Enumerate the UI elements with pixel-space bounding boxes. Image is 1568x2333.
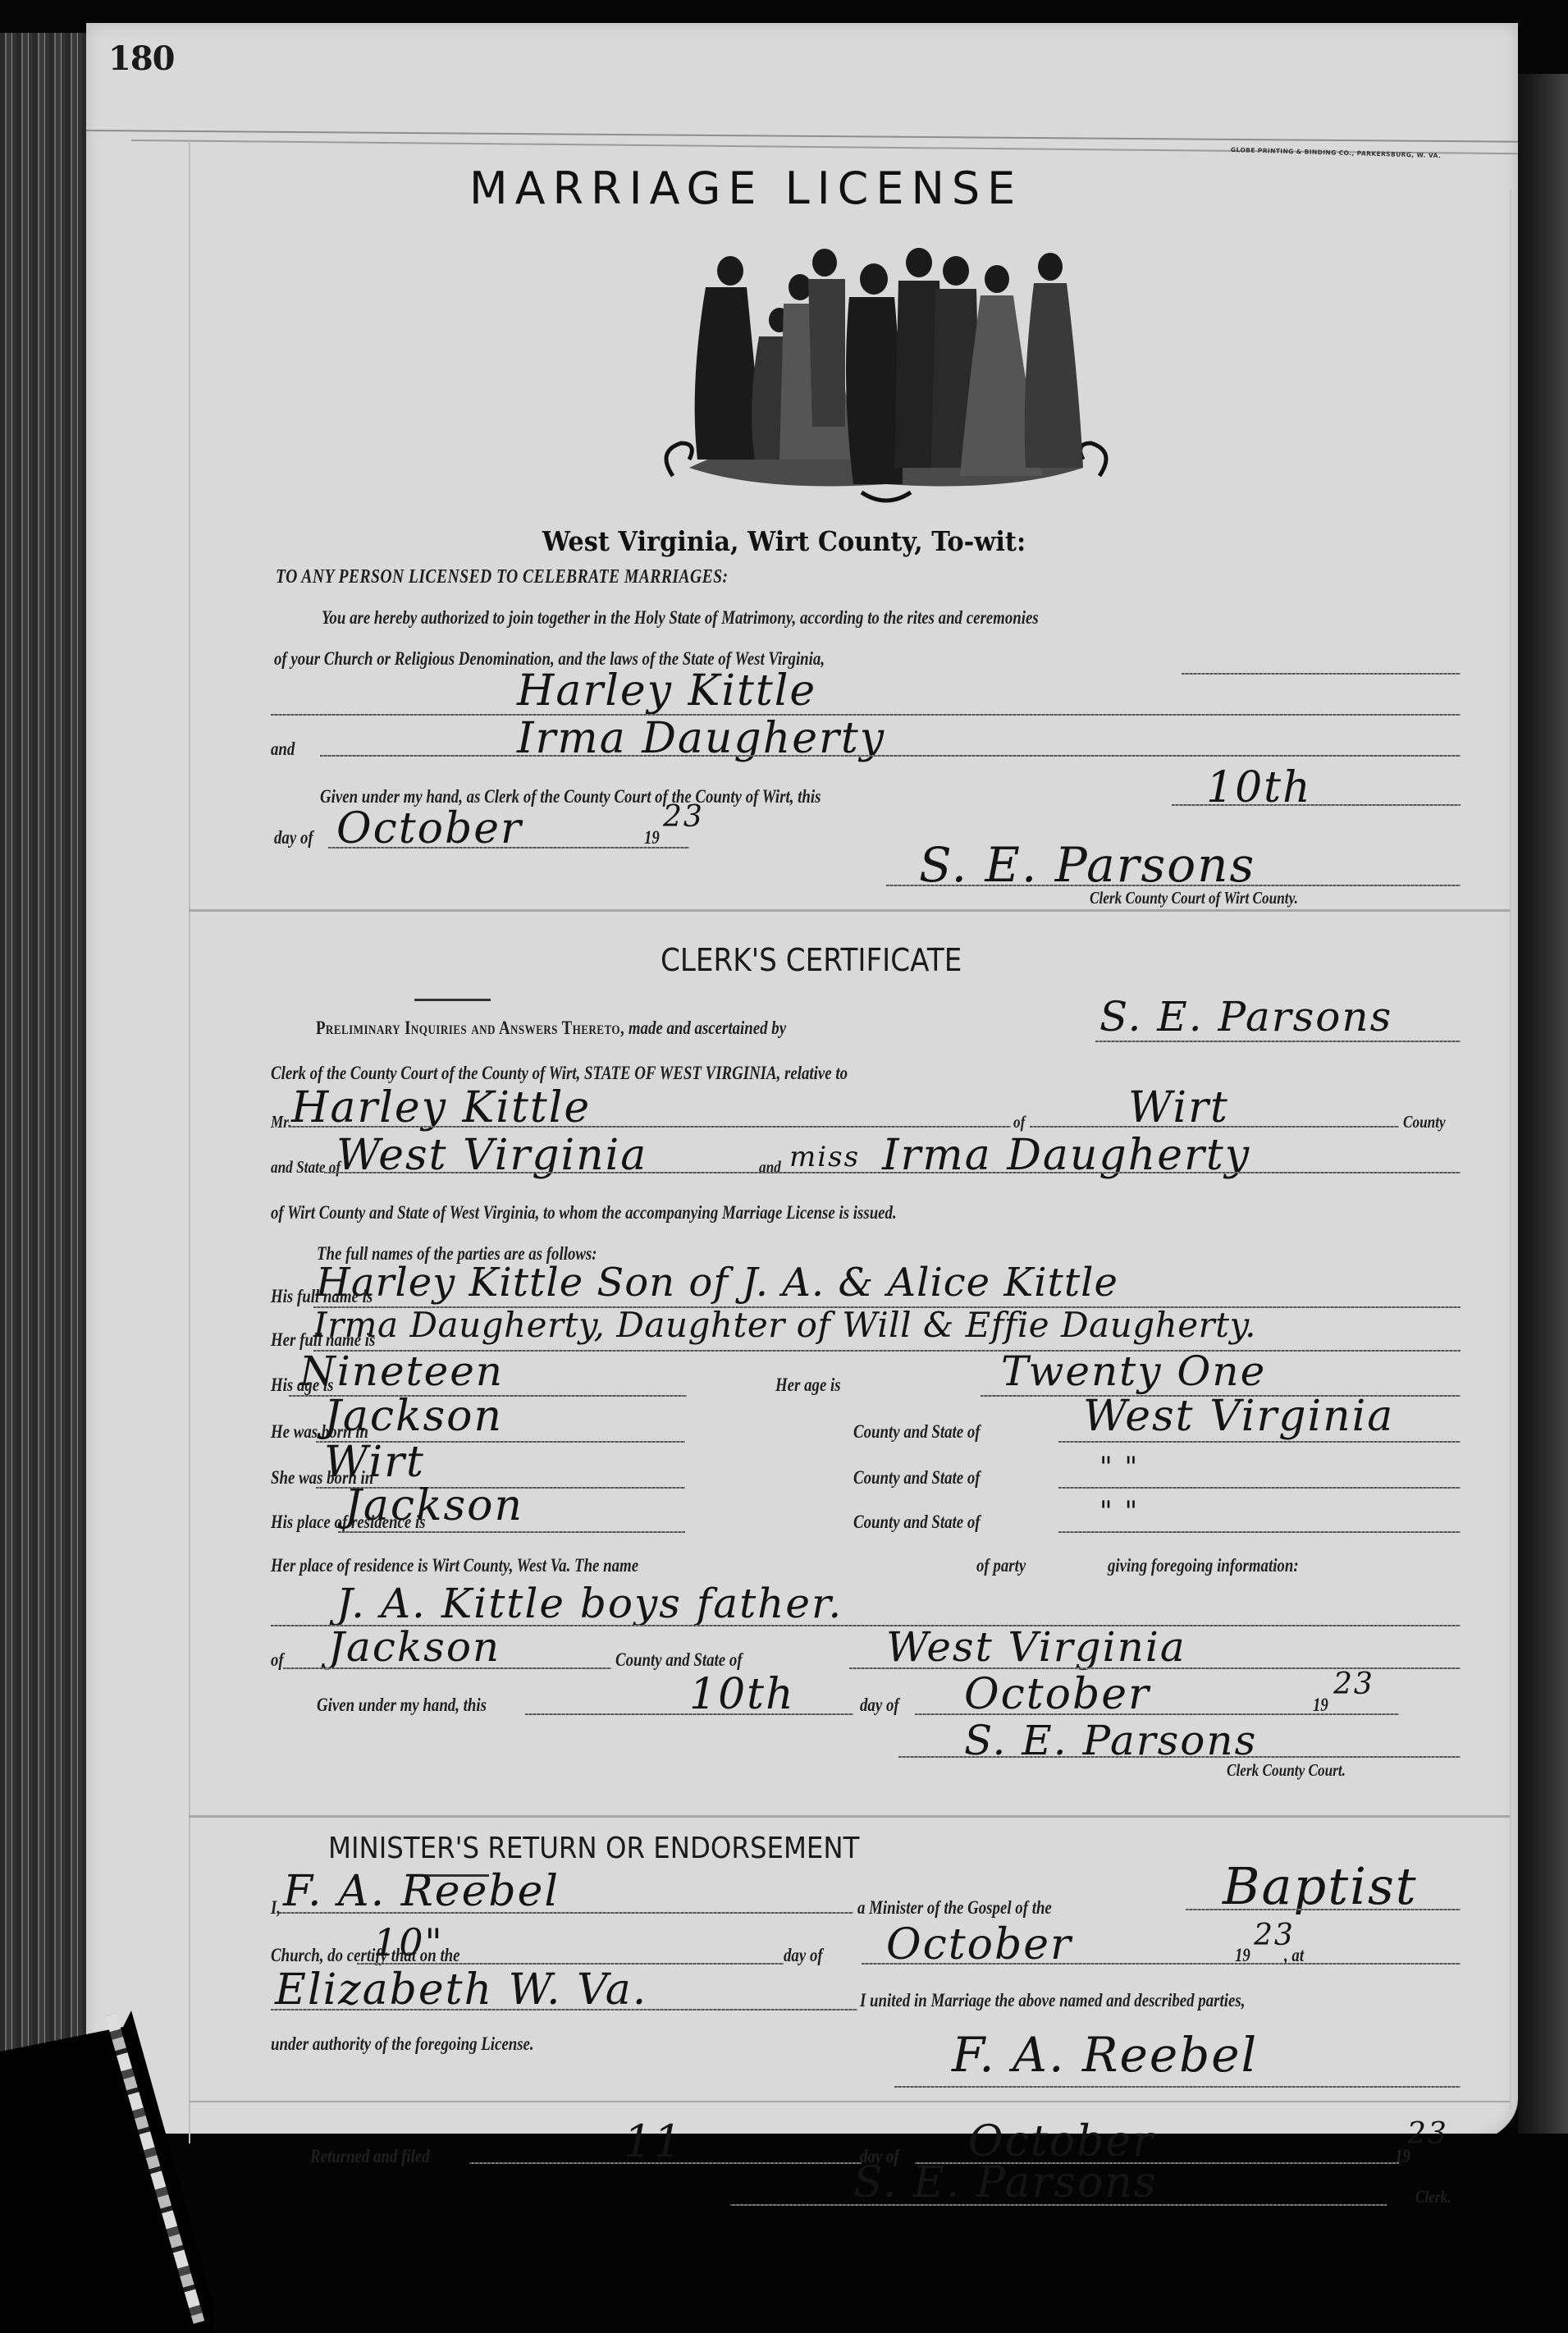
- mr-label: Mr.: [271, 1112, 291, 1132]
- his-full-name-handwritten: Harley Kittle Son of J. A. & Alice Kittl…: [316, 1260, 1118, 1306]
- return-signature-line: [730, 2204, 1387, 2206]
- return-clerk-label: Clerk.: [1415, 2187, 1451, 2207]
- minister-day-line: [357, 1963, 784, 1965]
- left-margin-line: [189, 141, 190, 2143]
- her-age-handwritten: Twenty One: [1001, 1347, 1266, 1395]
- mr-name-line: [289, 1126, 1011, 1128]
- returned-day-line: [469, 2162, 862, 2164]
- cert-clerk-title: Clerk County Court.: [1227, 1760, 1346, 1781]
- right-margin-line: [1510, 189, 1511, 2109]
- license-month-line: [328, 847, 689, 849]
- mr-county-line: [1030, 1126, 1399, 1128]
- he-born-state-line: [1058, 1441, 1461, 1443]
- his-age-handwritten: Nineteen: [299, 1347, 504, 1395]
- denomination-handwritten: Baptist: [1223, 1856, 1418, 1916]
- cert-signature-line: [898, 1756, 1461, 1758]
- cert-day-line: [525, 1713, 853, 1715]
- section-divider-2: [189, 1815, 1510, 1818]
- cert-month-line: [915, 1713, 1399, 1715]
- blank-line: [1182, 673, 1461, 675]
- return-clerk-signature: S. E. Parsons: [853, 2158, 1158, 2207]
- prelim-rest: made and ascertained by: [629, 1018, 786, 1038]
- cert-day-of-label: day of: [860, 1695, 899, 1716]
- county-state-label-2: County and State of: [853, 1467, 981, 1489]
- minister-title: MINISTER'S RETURN OR ENDORSEMENT: [328, 1832, 859, 1865]
- wedding-ceremony-illustration: [656, 222, 1116, 509]
- page-right-shadow: [1518, 74, 1568, 2333]
- cert-given-day: 10th: [689, 1670, 795, 1719]
- authority-label: under authority of the foregoing License…: [271, 2033, 534, 2055]
- united-label: I united in Marriage the above named and…: [860, 1990, 1245, 2011]
- prelim-caps: Preliminary Inquiries and Answers Theret…: [316, 1018, 624, 1038]
- his-residence-state-ditto: " ": [1099, 1495, 1139, 1528]
- groom-name-handwritten: Harley Kittle: [517, 666, 816, 716]
- cert-given-month: October: [964, 1670, 1150, 1719]
- bride-name-line: [320, 755, 1461, 757]
- certificate-title-rule: [414, 999, 491, 1001]
- county-state-label-3: County and State of: [853, 1512, 981, 1533]
- place-handwritten: Elizabeth W. Va.: [275, 1965, 647, 2015]
- license-title: MARRIAGE LICENSE: [469, 162, 1022, 214]
- jurisdiction-heading: West Virginia, Wirt County, To-wit:: [62, 525, 1505, 557]
- minister-month-line: [862, 1963, 1461, 1965]
- cert-year-suffix: 23: [1333, 1667, 1374, 1701]
- informant-handwritten: J. A. Kittle boys father.: [336, 1580, 843, 1627]
- minister-label: a Minister of the Gospel of the: [857, 1897, 1052, 1919]
- informant-county-handwritten: Jackson: [328, 1623, 501, 1671]
- denomination-line: [1186, 1909, 1461, 1910]
- returned-year-suffix: 23: [1407, 2117, 1448, 2151]
- state-of-label: and State of: [271, 1157, 341, 1178]
- informant-of-label: of: [271, 1649, 284, 1671]
- clerk-relative-line: Clerk of the County Court of the County …: [271, 1063, 848, 1084]
- place-line: [271, 2009, 857, 2010]
- he-born-state-handwritten: West Virginia: [1083, 1392, 1394, 1441]
- ascertained-line: [1095, 1041, 1461, 1042]
- her-age-label: Her age is: [775, 1375, 841, 1396]
- his-residence-line: [338, 1531, 685, 1533]
- salutation: TO ANY PERSON LICENSED TO CELEBRATE MARR…: [276, 566, 728, 588]
- license-day-line: [1172, 804, 1461, 806]
- license-day-of-label: day of: [274, 827, 313, 849]
- her-full-name-handwritten: Irma Daugherty, Daughter of Will & Effie…: [313, 1305, 1256, 1345]
- county-label: County: [1403, 1112, 1446, 1132]
- minister-signature: F. A. Reebel: [952, 2027, 1258, 2083]
- section-divider: [189, 909, 1510, 912]
- authorization-text-line1: You are hereby authorized to join togeth…: [322, 607, 1039, 629]
- minister-day-handwritten: 10": [373, 1920, 444, 1965]
- minister-name-line: [279, 1912, 853, 1914]
- license-year-prefix: 19: [644, 827, 660, 849]
- she-born-state-ditto: " ": [1099, 1451, 1139, 1484]
- giving-info-label: giving foregoing information:: [1108, 1555, 1299, 1576]
- prelim-line: Preliminary Inquiries and Answers Theret…: [316, 1018, 786, 1039]
- he-born-county-handwritten: Jackson: [324, 1392, 503, 1441]
- section-divider-3: [189, 2101, 1510, 2102]
- county-state-label-1: County and State of: [853, 1421, 981, 1443]
- minister-day-of-label: day of: [784, 1945, 823, 1966]
- license-year-suffix: 23: [663, 800, 704, 834]
- certificate-title: CLERK'S CERTIFICATE: [661, 942, 962, 978]
- his-residence-state-line: [1058, 1531, 1461, 1533]
- returned-label: Returned and filed: [310, 2146, 430, 2167]
- she-born-county-handwritten: Wirt: [324, 1438, 425, 1487]
- license-given-month: October: [336, 804, 523, 853]
- of-label: of: [1013, 1112, 1025, 1132]
- returned-day-handwritten: 11: [624, 2116, 683, 2167]
- miss-label-handwritten: miss: [789, 1141, 860, 1173]
- informant-state-handwritten: West Virginia: [886, 1623, 1186, 1671]
- his-residence-handwritten: Jackson: [345, 1481, 523, 1530]
- of-party-label: of party: [976, 1555, 1026, 1576]
- she-born-state-line: [1058, 1487, 1461, 1489]
- ascertained-by-signature: S. E. Parsons: [1099, 993, 1392, 1041]
- her-residence-line: Her place of residence is Wirt County, W…: [271, 1555, 638, 1576]
- book-binding-edge: [0, 33, 90, 2333]
- minister-name-handwritten: F. A. Reebel: [283, 1867, 560, 1916]
- minister-signature-line: [894, 2086, 1461, 2088]
- mr-name-handwritten: Harley Kittle: [291, 1083, 591, 1132]
- and-label-2: and: [759, 1157, 781, 1178]
- license-signature-line: [886, 885, 1461, 886]
- state-miss-line: [324, 1172, 1461, 1173]
- and-label: and: [271, 739, 295, 760]
- page-number: 180: [108, 39, 175, 78]
- cert-given-label: Given under my hand, this: [317, 1695, 487, 1716]
- i-label: I,: [271, 1897, 281, 1919]
- informant-county-line: [283, 1667, 611, 1669]
- minister-month-handwritten: October: [886, 1920, 1072, 1969]
- wirt-county-line: of Wirt County and State of West Virgini…: [271, 1202, 897, 1224]
- license-clerk-title: Clerk County Court of Wirt County.: [1090, 888, 1298, 908]
- county-state-label-4: County and State of: [615, 1649, 743, 1671]
- mr-county-handwritten: Wirt: [1128, 1083, 1229, 1132]
